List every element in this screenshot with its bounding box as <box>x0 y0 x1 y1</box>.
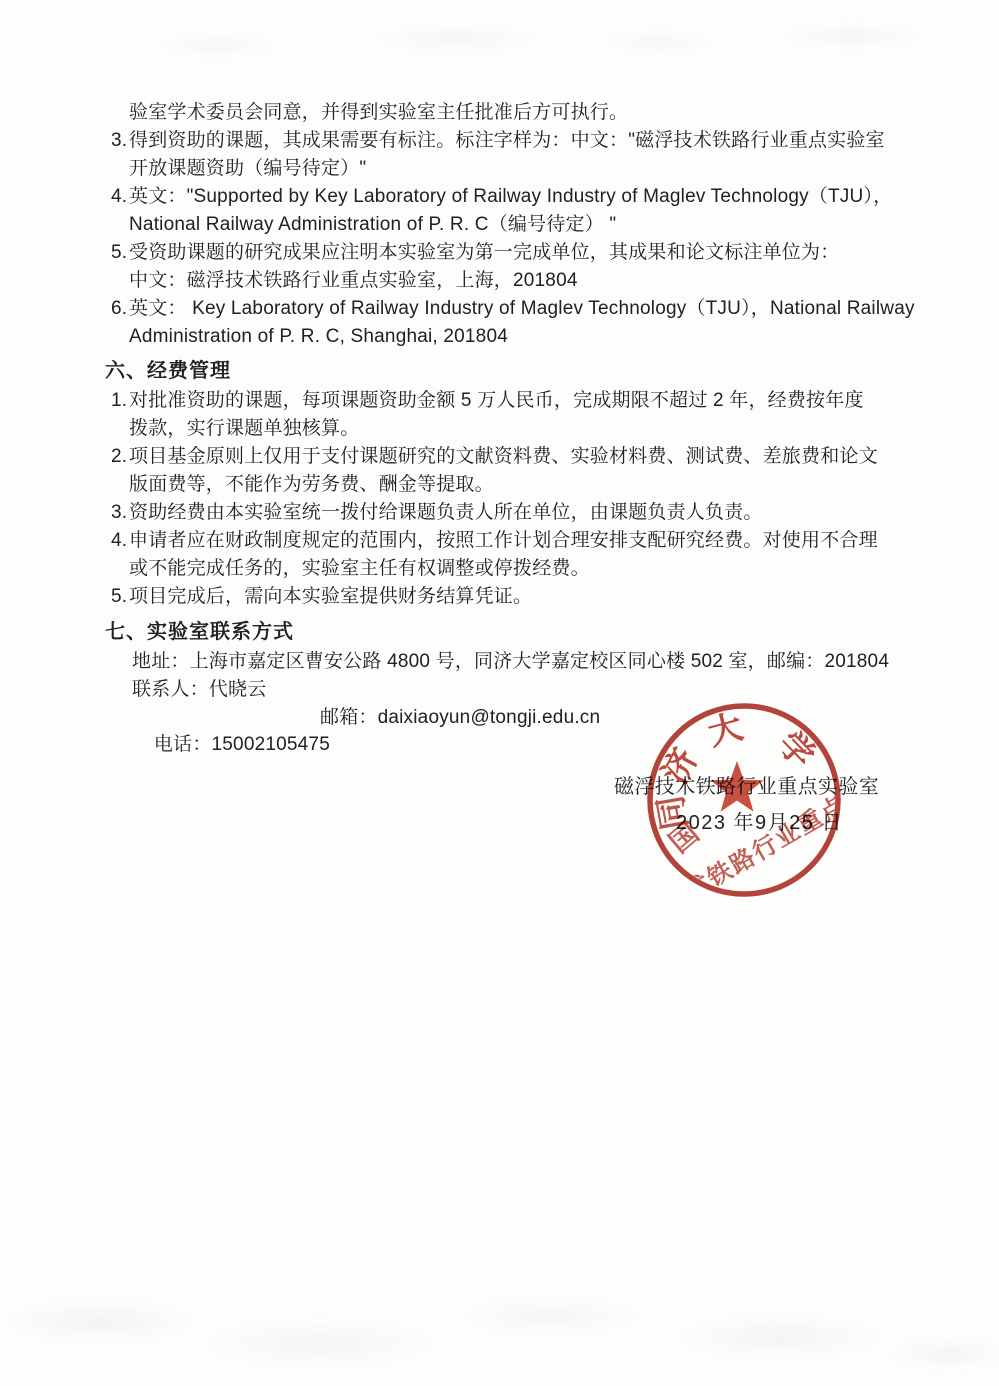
section-heading-funding: 六、经费管理 <box>105 358 231 385</box>
contact-address-line: 地址：上海市嘉定区曹安公路 4800 号，同济大学嘉定校区同心楼 502 室，邮… <box>132 648 889 675</box>
scanned-document-page: 验室学术委员会同意，并得到实验室主任批准后方可执行。 3.得到资助的课题，其成果… <box>0 0 999 1386</box>
item-number: 6. <box>111 295 129 322</box>
item-number: 4. <box>111 527 129 554</box>
item-text: 申请者应在财政制度规定的范围内，按照工作计划合理安排支配研究经费。对使用不合理 <box>129 530 878 551</box>
item-number: 2. <box>111 443 129 470</box>
seal-arc-char: 大 <box>704 708 747 754</box>
seal-star-icon <box>710 761 763 812</box>
contact-email: 邮箱：daixiaoyun@tongji.edu.cn <box>320 704 600 731</box>
item-text: 资助经费由本实验室统一拨付给课题负责人所在单位，由课题负责人负责。 <box>129 502 763 523</box>
seal-arc-char: 学 <box>770 725 821 776</box>
section-heading-contact: 七、实验室联系方式 <box>105 619 294 646</box>
numbered-item-line: 6.英文： Key Laboratory of Railway Industry… <box>111 295 915 322</box>
item-number: 3. <box>111 499 129 526</box>
contact-phone: 电话：15002105475 <box>154 734 330 755</box>
item-number: 4. <box>111 183 129 210</box>
item-number: 3. <box>111 127 129 154</box>
item-text-continuation: 开放课题资助（编号待定）" <box>129 155 366 182</box>
item-text: 得到资助的课题，其成果需要有标注。标注字样为：中文："磁浮技术铁路行业重点实验室 <box>129 130 885 151</box>
item-text: 项目基金原则上仅用于支付课题研究的文献资料费、实验材料费、测试费、差旅费和论文 <box>129 446 878 467</box>
numbered-item-line: 5.受资助课题的研究成果应注明本实验室为第一完成单位，其成果和论文标注单位为： <box>111 239 839 266</box>
item-text: 对批准资助的课题，每项课题资助金额 5 万人民币，完成期限不超过 2 年，经费按… <box>129 390 864 411</box>
contact-person-line: 联系人：代晓云 <box>132 676 266 703</box>
item-text-continuation: 中文：磁浮技术铁路行业重点实验室，上海，201804 <box>129 267 578 294</box>
scan-artifact-top <box>60 8 940 70</box>
paragraph-continuation-line: 验室学术委员会同意，并得到实验室主任批准后方可执行。 <box>129 99 628 126</box>
item-text-continuation: 或不能完成任务的，实验室主任有权调整或停拨经费。 <box>129 555 590 582</box>
contact-phone-email-line: 电话：15002105475 邮箱：daixiaoyun@tongji.edu.… <box>132 704 330 812</box>
item-number: 5. <box>111 239 129 266</box>
numbered-item-line: 4.申请者应在财政制度规定的范围内，按照工作计划合理安排支配研究经费。对使用不合… <box>111 527 878 554</box>
official-seal: 同 济 大 学 磁浮技术铁路行业重点实验室 国 <box>644 698 844 902</box>
numbered-item-line: 1.对批准资助的课题，每项课题资助金额 5 万人民币，完成期限不超过 2 年，经… <box>111 387 864 414</box>
item-text-continuation: National Railway Administration of P. R.… <box>129 211 616 238</box>
numbered-item-line: 5.项目完成后，需向本实验室提供财务结算凭证。 <box>111 583 532 610</box>
item-text: 英文："Supported by Key Laboratory of Railw… <box>129 186 892 207</box>
numbered-item-line: 3.得到资助的课题，其成果需要有标注。标注字样为：中文："磁浮技术铁路行业重点实… <box>111 127 885 154</box>
numbered-item-line: 4.英文："Supported by Key Laboratory of Rai… <box>111 183 892 210</box>
item-text: 受资助课题的研究成果应注明本实验室为第一完成单位，其成果和论文标注单位为： <box>129 242 839 263</box>
item-number: 5. <box>111 583 129 610</box>
item-text: 项目完成后，需向本实验室提供财务结算凭证。 <box>129 586 532 607</box>
item-text-continuation: Administration of P. R. C, Shanghai, 201… <box>129 323 508 350</box>
item-text-continuation: 版面费等，不能作为劳务费、酬金等提取。 <box>129 471 494 498</box>
item-number: 1. <box>111 387 129 414</box>
item-text-continuation: 拨款，实行课题单独核算。 <box>129 415 359 442</box>
numbered-item-line: 2.项目基金原则上仅用于支付课题研究的文献资料费、实验材料费、测试费、差旅费和论… <box>111 443 878 470</box>
numbered-item-line: 3.资助经费由本实验室统一拨付给课题负责人所在单位，由课题负责人负责。 <box>111 499 763 526</box>
scan-artifact-bottom <box>0 1278 999 1386</box>
item-text: 英文： Key Laboratory of Railway Industry o… <box>129 298 915 319</box>
